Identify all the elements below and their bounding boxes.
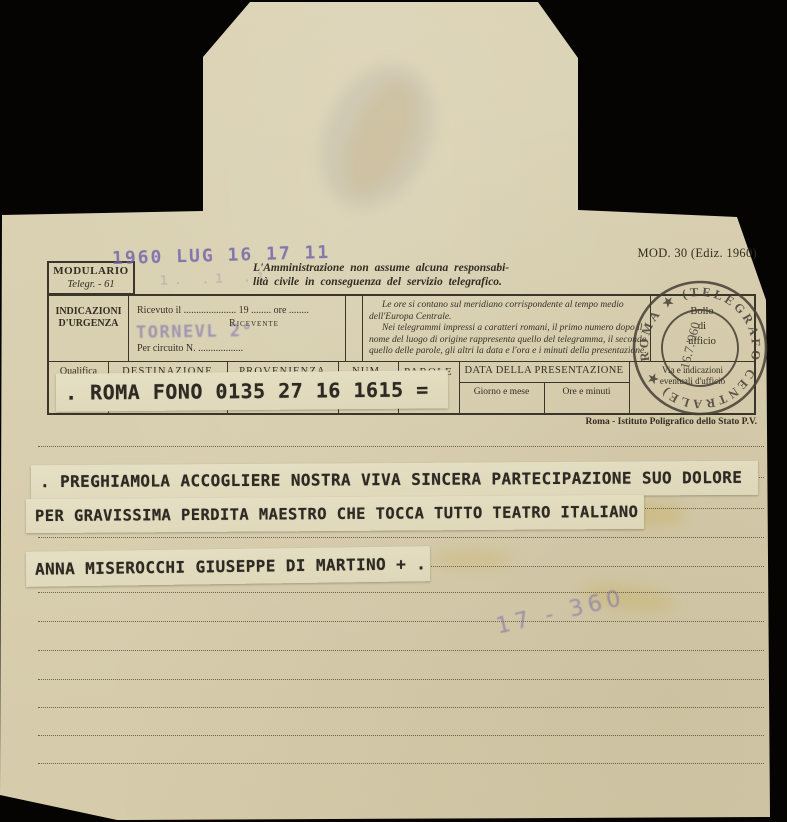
admin-notice-line2: lità civile in conseguenza del servizio … [253, 275, 555, 289]
admin-notice: L'Amministrazione non assume alcuna resp… [253, 261, 555, 289]
message-line-3: ANNA MISEROCCHI GIUSEPPE DI MARTINO + . [26, 546, 430, 587]
ruled-line [38, 679, 764, 680]
urgency-label-line2: D'URGENZA [49, 318, 128, 330]
message-line-2: PER GRAVISSIMA PERDITA MAESTRO CHE TOCCA… [26, 495, 644, 533]
column-data-presentazione: DATA DELLA PRESENTAZIONE [459, 365, 629, 376]
ruled-line [38, 650, 764, 651]
svg-text:ROMA ★ (TELEGRAFO CENTRALE) ★: ROMA ★ (TELEGRAFO CENTRALE) ★ [623, 272, 776, 425]
telegram-scan: MODULARIO Telegr. - 61 1960 LUG 16 17 11… [0, 0, 787, 822]
modulario-number: Telegr. - 61 [49, 278, 133, 291]
circuit-stamp: TORNEVL 2° [136, 321, 254, 343]
postmark-inner-ring [654, 302, 746, 394]
routing-strip: . ROMA FONO 0135 27 16 1615 = [56, 370, 448, 411]
received-line: Ricevuto il ..................... 19 ...… [137, 305, 342, 316]
ruled-line [38, 621, 764, 622]
ruled-line [38, 707, 764, 708]
postmark-date: 16.7.'960 [677, 320, 703, 370]
ruled-line [38, 735, 764, 736]
divider [345, 296, 346, 361]
ruled-line [38, 763, 764, 764]
ruled-line [38, 537, 764, 538]
message-strip-3: ANNA MISEROCCHI GIUSEPPE DI MARTINO + . [26, 546, 430, 587]
divider [128, 296, 129, 361]
urgency-label-line1: INDICAZIONI [49, 306, 128, 318]
column-ore-minuti: Ore e minuti [544, 387, 629, 397]
message-strip-2: PER GRAVISSIMA PERDITA MAESTRO CHE TOCCA… [26, 495, 644, 533]
routing-strip-text: . ROMA FONO 0135 27 16 1615 = [56, 370, 448, 411]
ruled-line [38, 592, 764, 593]
message-line-1: . PREGHIAMOLA ACCOGLIERE NOSTRA VIVA SIN… [31, 461, 758, 499]
meridian-notice-p1: Le ore si contano sul meridiano corrispo… [369, 300, 647, 323]
ruled-line [38, 446, 764, 447]
divider [362, 296, 363, 361]
column-giorno-mese: Giorno e mese [459, 387, 544, 397]
admin-notice-line1: L'Amministrazione non assume alcuna resp… [253, 261, 555, 275]
meridian-notice-p2: Nei telegrammi impressi a caratteri roma… [369, 323, 647, 358]
postmark-ring-text: ROMA ★ (TELEGRAFO CENTRALE) ★ [623, 272, 776, 425]
message-strip-1: . PREGHIAMOLA ACCOGLIERE NOSTRA VIVA SIN… [31, 461, 758, 499]
meridian-notice: Le ore si contano sul meridiano corrispo… [369, 300, 647, 358]
circuit-line: Per circuito N. .................. [137, 343, 243, 354]
